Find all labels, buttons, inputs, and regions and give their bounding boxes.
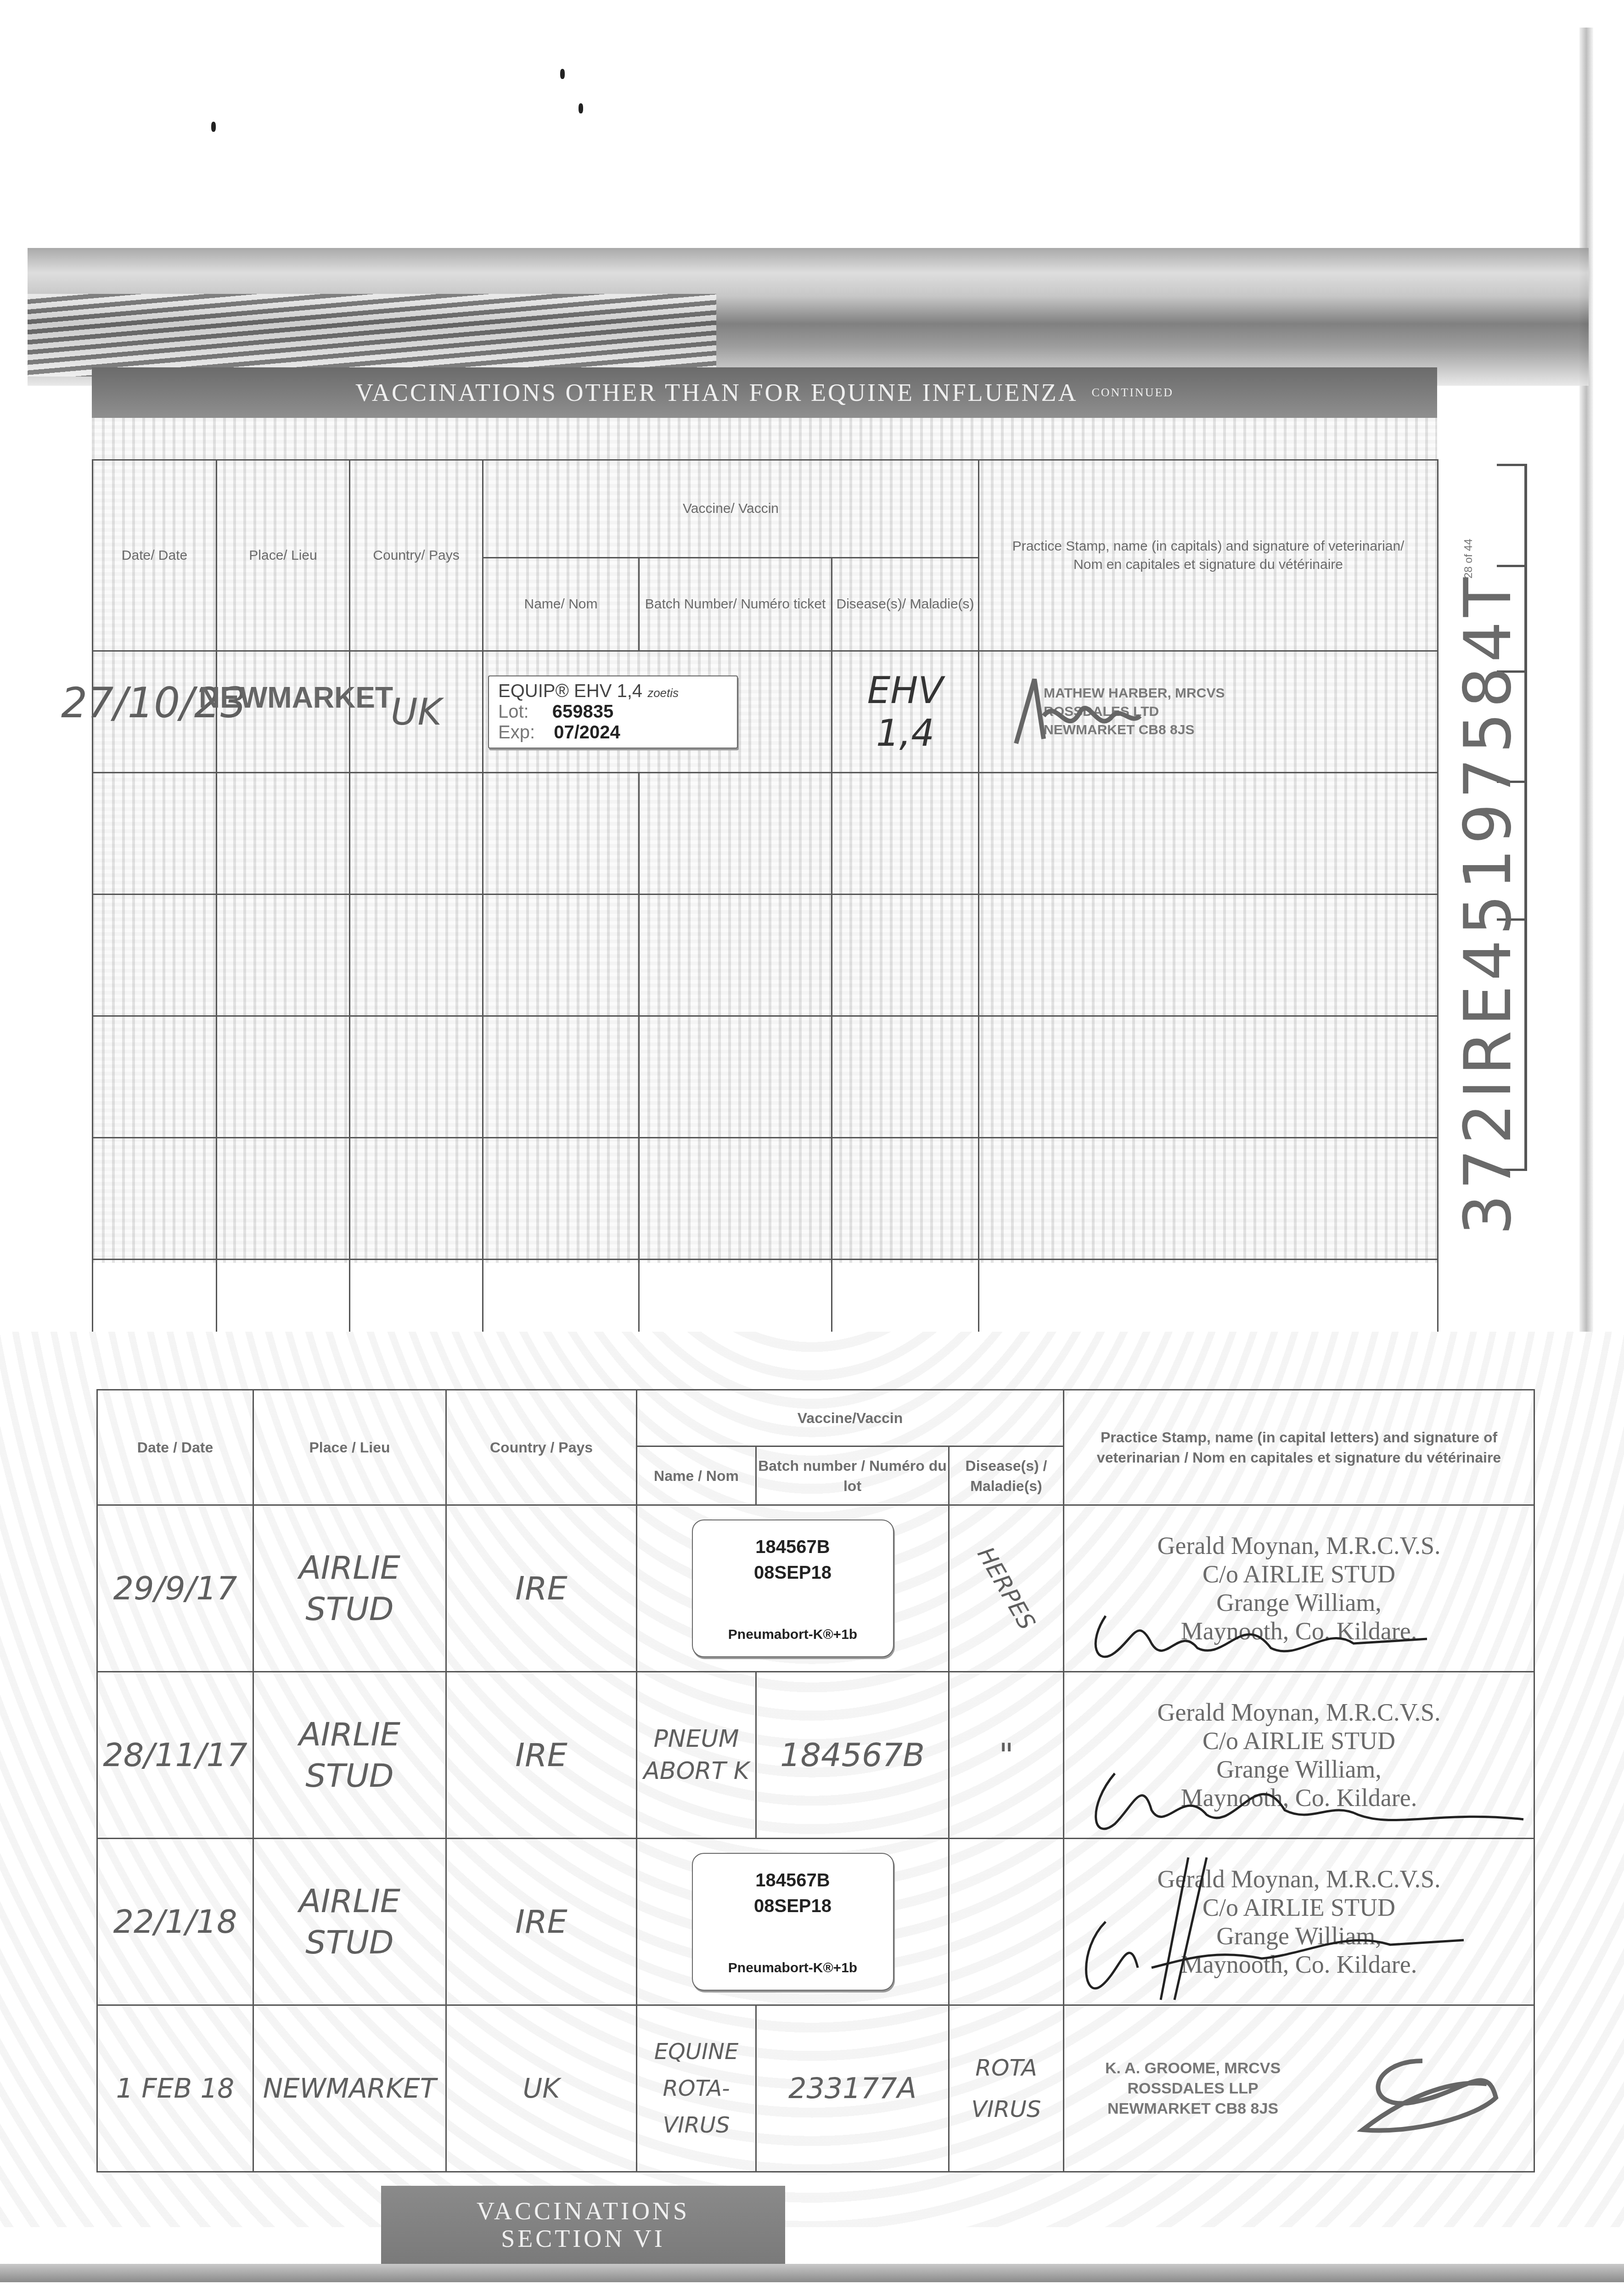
cell-disease: " <box>999 1736 1013 1774</box>
cell-place: AIRLIE STUD <box>290 1547 410 1630</box>
stamp-line: Maynooth, Co. Kildare. <box>1064 1784 1534 1812</box>
stamp-line: ROSSDALES LLP <box>1101 2078 1285 2099</box>
cell-country: UK <box>391 691 442 733</box>
vet-stamp: Gerald Moynan, M.R.C.V.S. C/o AIRLIE STU… <box>1064 1698 1534 1812</box>
cell-place: NEWMARKET <box>263 2073 437 2104</box>
vet-stamp: Gerald Moynan, M.R.C.V.S. C/o AIRLIE STU… <box>1064 1865 1534 1979</box>
bracket-tick <box>1497 464 1524 466</box>
stamp-line: NEWMARKET CB8 8JS <box>1101 2099 1285 2119</box>
cell-vaccine-name: PNEUM ABORT K <box>637 1723 755 1787</box>
col-header-name: Name/ Nom <box>483 558 639 651</box>
vaccine-brand: zoetis <box>647 686 679 700</box>
scan-stripes <box>28 294 716 377</box>
page-edge-shadow <box>1579 28 1593 1451</box>
vet-stamp: MATHEW HARBER, MRCVS ROSSDALES LTD NEWMA… <box>1044 684 1437 739</box>
col-header-disease: Disease(s) / Maladie(s) <box>949 1446 1064 1505</box>
upper-vaccination-table: Date/ Date Place/ Lieu Country/ Pays Vac… <box>92 459 1439 1382</box>
cell-batch: 233177A <box>788 2071 916 2105</box>
stamp-line: Grange William, <box>1064 1588 1534 1617</box>
cell-date: 22/1/18 <box>113 1903 237 1941</box>
col-header-vaccine: Vaccine/ Vaccin <box>483 460 979 558</box>
col-header-date: Date/ Date <box>93 460 217 651</box>
table-row: 28/11/17 AIRLIE STUD IRE PNEUM ABORT K 1… <box>97 1672 1534 1839</box>
col-header-place: Place / Lieu <box>253 1390 446 1505</box>
section-title: VACCINATIONS OTHER THAN FOR EQUINE INFLU… <box>355 378 1078 407</box>
col-header-disease: Disease(s)/ Maladie(s) <box>832 558 979 651</box>
table-row: 1 FEB 18 NEWMARKET UK EQUINE ROTA-VIRUS … <box>97 2005 1534 2172</box>
cell-country: IRE <box>515 1570 568 1607</box>
col-header-stamp: Practice Stamp, name (in capital letters… <box>1064 1390 1534 1505</box>
col-header-stamp: Practice Stamp, name (in capitals) and s… <box>979 460 1438 651</box>
col-header-place: Place/ Lieu <box>217 460 350 651</box>
vaccine-product: EQUIP® EHV 1,4 <box>498 681 642 701</box>
cell-disease: ROTA VIRUS <box>950 2047 1063 2130</box>
vaccine-sticker: 184567B 08SEP18 Pneumabort-K®+1b <box>692 1519 894 1657</box>
table-row-empty <box>93 895 1438 1016</box>
col-header-vaccine: Vaccine/Vaccin <box>637 1390 1064 1446</box>
stamp-line: Maynooth, Co. Kildare. <box>1064 1950 1534 1979</box>
stamp-line: ROSSDALES LTD <box>1044 703 1437 721</box>
table-row: 27/10/23 NEWMARKET UK EQUIP® EHV 1,4 zoe… <box>93 651 1438 773</box>
scan-speck <box>579 103 583 113</box>
cell-date: 28/11/17 <box>103 1736 247 1774</box>
cell-date: 29/9/17 <box>113 1570 237 1607</box>
vet-stamp: K. A. GROOME, MRCVS ROSSDALES LLP NEWMAR… <box>1101 2058 1285 2119</box>
stamp-line: Gerald Moynan, M.R.C.V.S. <box>1064 1531 1534 1560</box>
vet-stamp: Gerald Moynan, M.R.C.V.S. C/o AIRLIE STU… <box>1064 1531 1534 1645</box>
stamp-line: C/o AIRLIE STUD <box>1064 1560 1534 1588</box>
lot-label: Lot: <box>498 702 529 722</box>
section-title-suffix: CONTINUED <box>1091 386 1174 400</box>
scan-speck <box>560 69 565 79</box>
col-header-country: Country / Pays <box>446 1390 637 1505</box>
cell-country: UK <box>523 2073 560 2104</box>
sticker-batch: 184567B <box>702 1868 884 1893</box>
stamp-line: Gerald Moynan, M.R.C.V.S. <box>1064 1865 1534 1893</box>
sticker-expiry: 08SEP18 <box>702 1560 884 1586</box>
lot-number: 659835 <box>552 702 613 722</box>
cell-disease: HERPES <box>960 1529 1052 1648</box>
stamp-line: NEWMARKET CB8 8JS <box>1044 721 1437 739</box>
stamp-line: Gerald Moynan, M.R.C.V.S. <box>1064 1698 1534 1727</box>
stamp-line: K. A. GROOME, MRCVS <box>1101 2058 1285 2078</box>
table-row-empty <box>93 1138 1438 1260</box>
cell-place: AIRLIE STUD <box>290 1714 410 1796</box>
section-banner: VACCINATIONS OTHER THAN FOR EQUINE INFLU… <box>92 367 1437 418</box>
cell-country: IRE <box>515 1903 568 1941</box>
cell-vaccine-name: EQUINE ROTA-VIRUS <box>637 2033 755 2144</box>
cell-date: 1 FEB 18 <box>116 2073 234 2104</box>
stamp-line: C/o AIRLIE STUD <box>1064 1893 1534 1922</box>
section-plate-line2: SECTION VI <box>501 2225 665 2252</box>
cell-country: IRE <box>515 1736 568 1774</box>
section-plate-line1: VACCINATIONS <box>477 2197 690 2225</box>
stamp-line: Maynooth, Co. Kildare. <box>1064 1617 1534 1645</box>
upper-vaccination-page: VACCINATIONS OTHER THAN FOR EQUINE INFLU… <box>92 367 1437 1263</box>
stamp-line: MATHEW HARBER, MRCVS <box>1044 684 1437 703</box>
lower-vaccination-table: Date / Date Place / Lieu Country / Pays … <box>96 1389 1535 2172</box>
col-header-batch: Batch Number/ Numéro ticket <box>639 558 832 651</box>
vaccine-sticker: EQUIP® EHV 1,4 zoetis Lot: 659835 Exp: 0… <box>488 675 738 748</box>
col-header-date: Date / Date <box>97 1390 253 1505</box>
cell-place: AIRLIE STUD <box>290 1880 410 1963</box>
section-plate: VACCINATIONS SECTION VI <box>381 2186 785 2264</box>
vaccine-sticker: 184567B 08SEP18 Pneumabort-K®+1b <box>692 1853 894 1991</box>
sticker-product: Pneumabort-K®+1b <box>702 1960 884 1976</box>
scan-bottom-edge <box>0 2264 1624 2282</box>
cell-batch: 184567B <box>780 1736 925 1774</box>
scan-speck <box>211 122 216 132</box>
table-row: 22/1/18 AIRLIE STUD IRE 184567B 08SEP18 … <box>97 1839 1534 2005</box>
sticker-product: Pneumabort-K®+1b <box>702 1627 884 1643</box>
expiry-date: 07/2024 <box>554 722 620 743</box>
col-header-country: Country/ Pays <box>350 460 483 651</box>
cell-disease: EHV 1,4 <box>867 669 943 754</box>
exp-label: Exp: <box>498 722 535 743</box>
stamp-line: C/o AIRLIE STUD <box>1064 1727 1534 1755</box>
table-row: 29/9/17 AIRLIE STUD IRE 184567B 08SEP18 … <box>97 1505 1534 1672</box>
col-header-name: Name / Nom <box>637 1446 756 1505</box>
handwritten-id-code: 372IRE45197584T <box>1451 546 1534 1235</box>
sticker-batch: 184567B <box>702 1534 884 1560</box>
stamp-line: Grange William, <box>1064 1755 1534 1784</box>
page-number-note: 28 of 44 <box>1462 539 1475 579</box>
signature-icon <box>1349 2043 1505 2144</box>
stamp-line: Grange William, <box>1064 1922 1534 1950</box>
sticker-expiry: 08SEP18 <box>702 1893 884 1919</box>
table-row-empty <box>93 773 1438 895</box>
table-row-empty <box>93 1016 1438 1138</box>
lower-vaccination-page: Date / Date Place / Lieu Country / Pays … <box>0 1332 1624 2227</box>
col-header-batch: Batch number / Numéro du lot <box>756 1446 949 1505</box>
